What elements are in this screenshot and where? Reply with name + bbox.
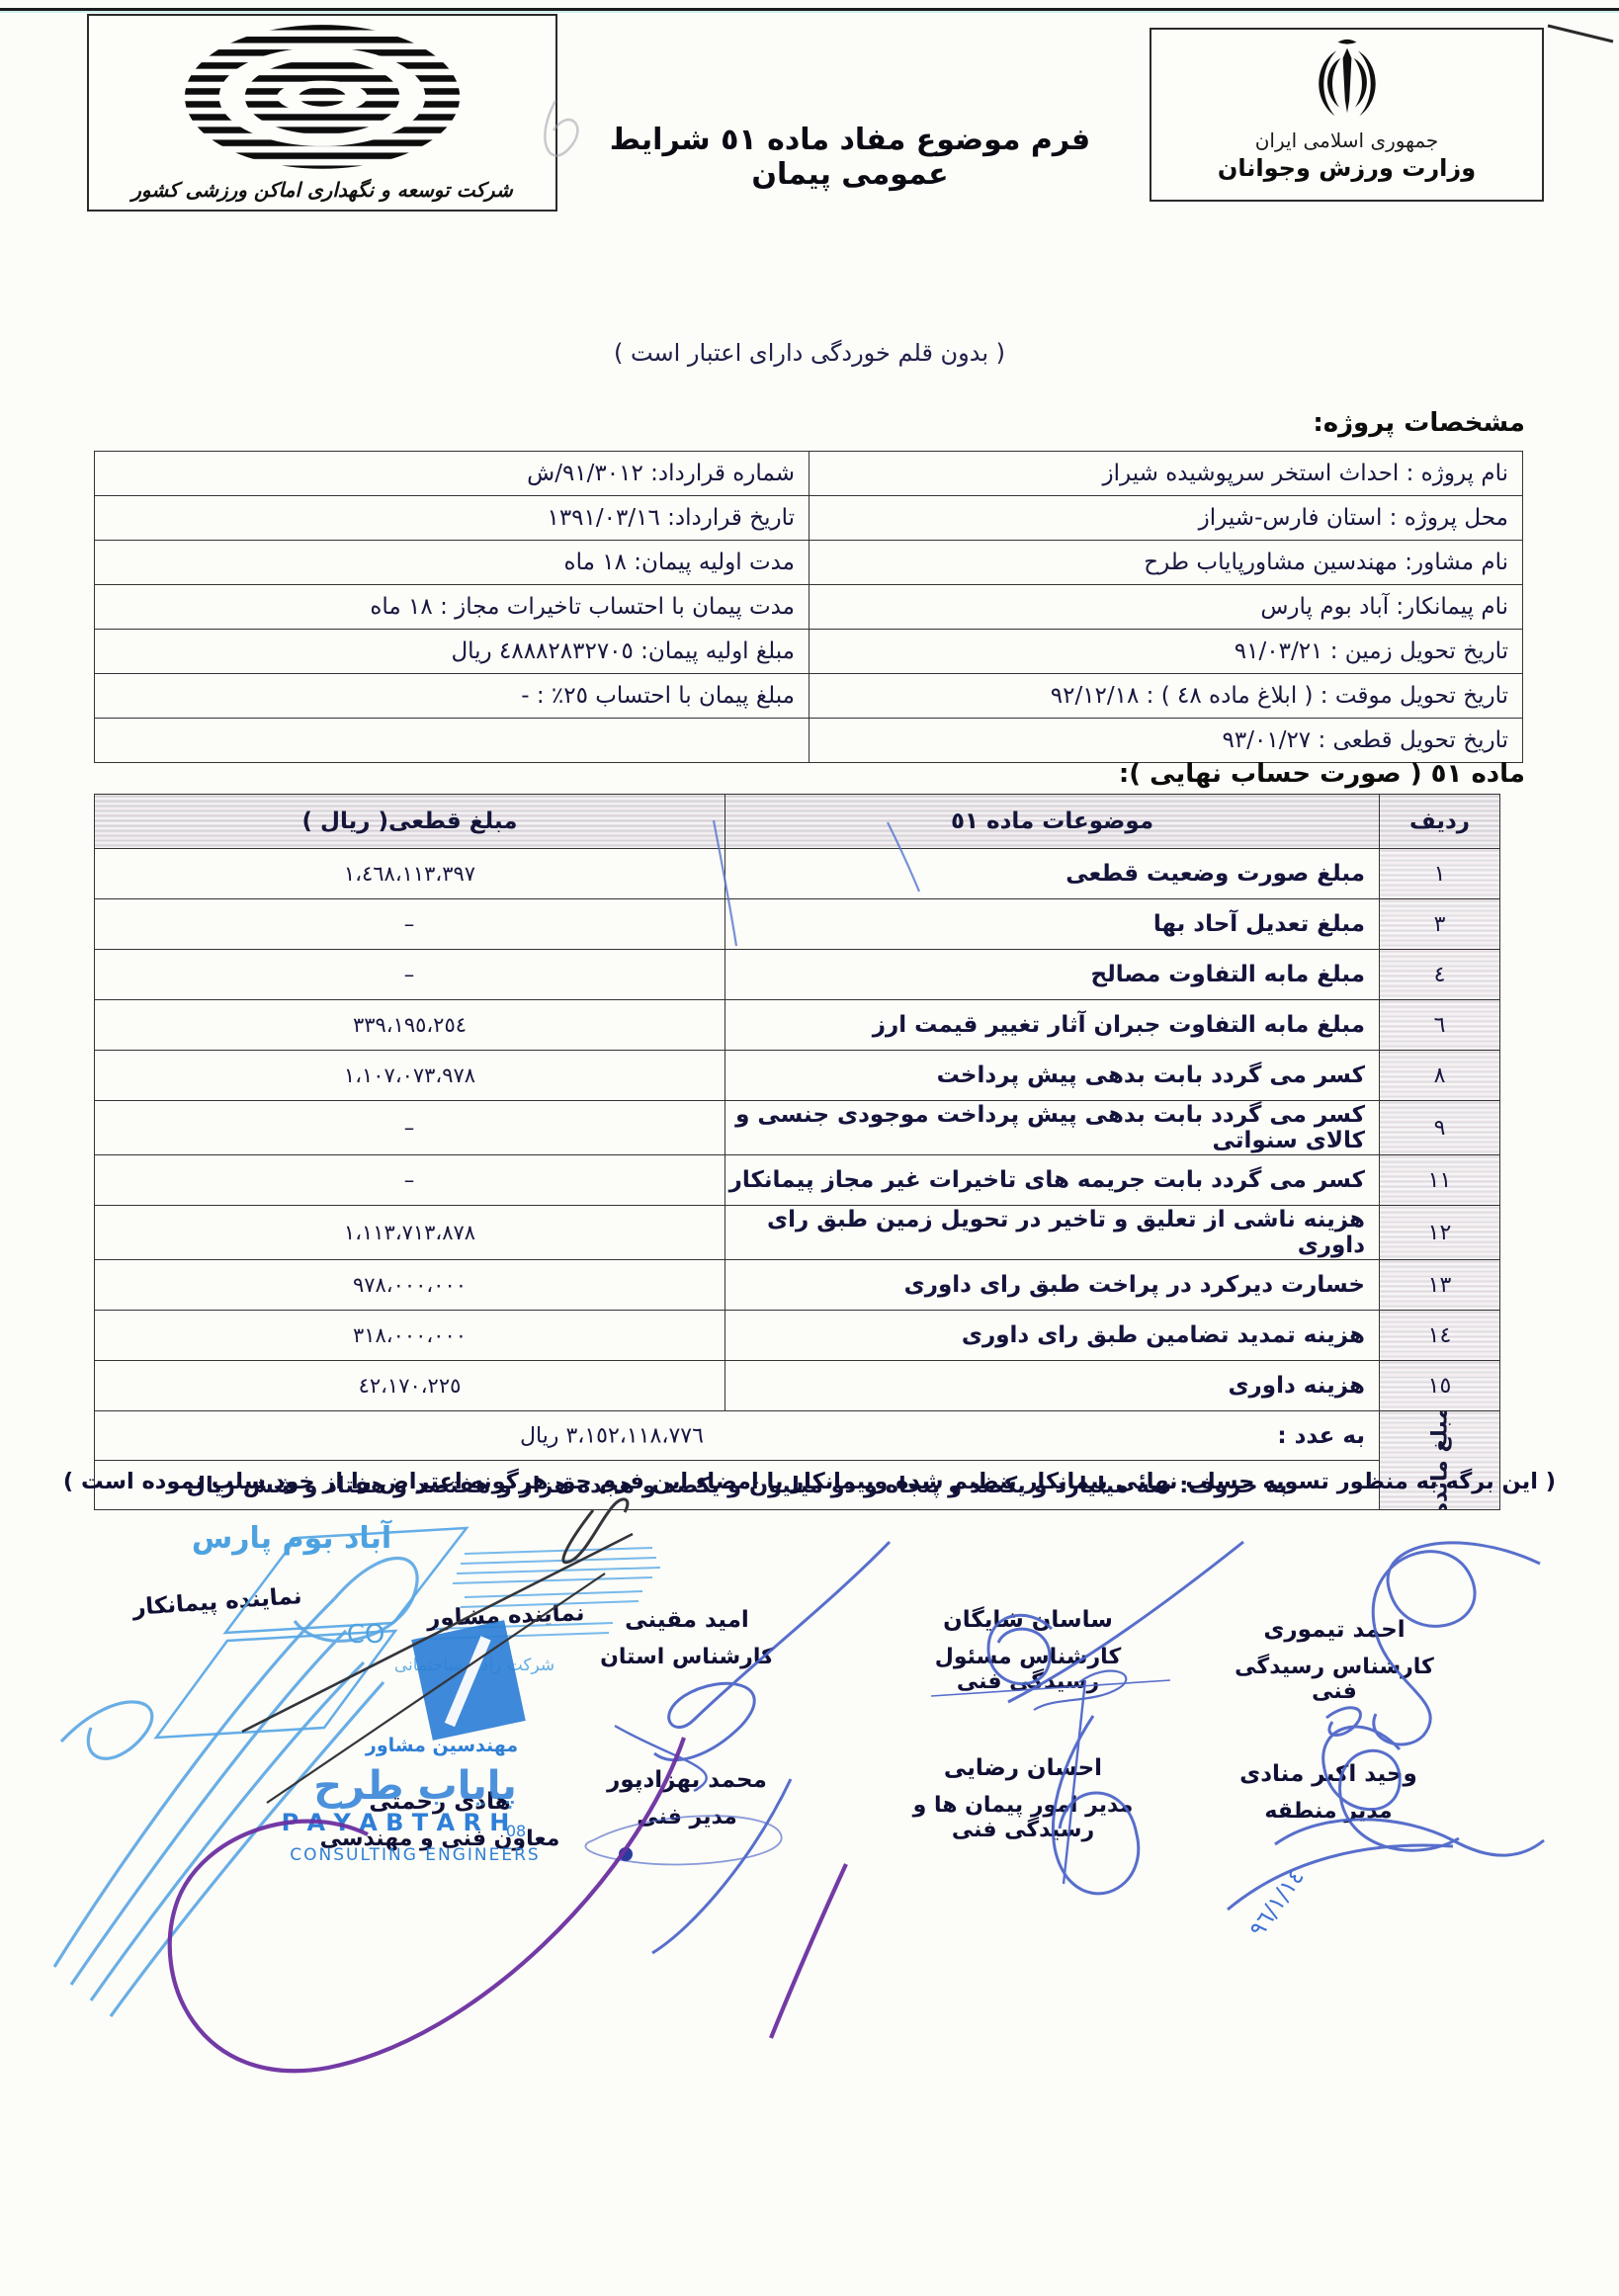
spec-cell: نام پروژه : احداث استخر سرپوشیده شیراز <box>809 452 1523 496</box>
scanned-document-page: شرکت توسعه و نگهداری اماکن ورزشی کشور فر… <box>0 0 1619 2296</box>
signature-title: کارشناس رسیدگی فنی <box>1226 1655 1443 1704</box>
signature-name: احسان رضایی <box>885 1755 1161 1781</box>
iran-emblem-icon <box>1302 34 1393 125</box>
row-number-cell: ٤ <box>1380 950 1500 1000</box>
signature-name: وحید اکبر منادی <box>1214 1761 1443 1787</box>
amount-cell: – <box>95 950 725 1000</box>
row-number-cell: ١٥ <box>1380 1361 1500 1411</box>
handwritten-date: ٩٦/١/١٤ <box>1244 1865 1310 1942</box>
row-number-cell: ١٣ <box>1380 1260 1500 1311</box>
spec-row: تاریخ تحویل قطعی : ٩٣/٠١/٢٧ <box>95 719 1523 763</box>
spec-cell: نام مشاور: مهندسین مشاورپایاب طرح <box>809 541 1523 585</box>
project-specs-table: نام پروژه : احداث استخر سرپوشیده شیراز ش… <box>94 451 1523 763</box>
amount-cell: – <box>95 1155 725 1206</box>
spec-cell: تاریخ تحویل قطعی : ٩٣/٠١/٢٧ <box>809 719 1523 763</box>
amount-cell: – <box>95 1101 725 1155</box>
spec-cell: محل پروژه : استان فارس-شیراز <box>809 496 1523 541</box>
remainder-numeric-row: مبلغ مانده به عدد : ٣،١٥٢،١١٨،٧٧٦ ریال <box>95 1411 1500 1461</box>
footer-note: ( این برگه به منظور تسویه حساب نهائی پیم… <box>0 1469 1619 1494</box>
table-header-row: ردیف موضوعات ماده ٥١ مبلغ قطعی( ریال ) <box>95 795 1500 849</box>
signature-name: احمد تیموری <box>1226 1617 1443 1643</box>
subject-cell: هزینه تمدید تضامین طبق رای داوری <box>725 1311 1380 1361</box>
signature-block: احسان رضایی مدیر امور پیمان ها و رسیدگی … <box>885 1755 1161 1842</box>
spec-cell: تاریخ تحویل زمین : ٩١/٠٣/٢١ <box>809 630 1523 674</box>
spec-cell: تاریخ قرارداد: ١٣٩١/٠٣/١٦ <box>95 496 809 541</box>
subject-cell: خسارت دیرکرد در پراخت طبق رای داوری <box>725 1260 1380 1311</box>
spec-row: نام پروژه : احداث استخر سرپوشیده شیراز ش… <box>95 452 1523 496</box>
signature-title: کارشناس استان <box>573 1645 801 1669</box>
spec-row: تاریخ تحویل زمین : ٩١/٠٣/٢١ مبلغ اولیه پ… <box>95 630 1523 674</box>
spec-cell: مدت اولیه پیمان: ١٨ ماه <box>95 541 809 585</box>
amount-cell: ٤٢،١٧٠،٢٢٥ <box>95 1361 725 1411</box>
signature-block: ساسان شایگان کارشناس مسئول رسیدگی فنی <box>904 1607 1151 1694</box>
table-row: ٤ مبلغ مابه التفاوت مصالح – <box>95 950 1500 1000</box>
amount-cell: – <box>95 899 725 950</box>
column-header-amount: مبلغ قطعی( ریال ) <box>95 795 725 849</box>
signature-title: معاون فنی و مهندسی <box>316 1827 563 1851</box>
table-row: ١١ کسر می گردد بابت جریمه های تاخیرات غی… <box>95 1155 1500 1206</box>
spec-row: تاریخ تحویل موقت : ( ابلاغ ماده ٤٨ ) : ٩… <box>95 674 1523 719</box>
signature-name: محمد بهزادپور <box>573 1767 801 1793</box>
signature-name: ساسان شایگان <box>904 1607 1151 1633</box>
subject-cell: هزینه داوری <box>725 1361 1380 1411</box>
signature-block: احمد تیموری کارشناس رسیدگی فنی <box>1226 1617 1443 1704</box>
government-name: جمهوری اسلامی ایران <box>1151 128 1542 152</box>
signature-title: مدیر منطقه <box>1214 1799 1443 1824</box>
ink-blob <box>619 1847 633 1861</box>
ministry-header-box: جمهوری اسلامی ایران وزارت ورزش وجوانان <box>1150 28 1544 202</box>
contractor-signature-scribble <box>54 1558 417 2016</box>
subject-cell: مبلغ مابه التفاوت جبران آثار تغییر قیمت … <box>725 1000 1380 1051</box>
table-row: ١ مبلغ صورت وضعیت قطعی ١،٤٦٨،١١٣،٣٩٧ <box>95 849 1500 899</box>
remainder-label: مبلغ مانده <box>1427 1411 1452 1510</box>
company-header-box: شرکت توسعه و نگهداری اماکن ورزشی کشور <box>87 14 557 212</box>
form-title: فرم موضوع مفاد ماده ٥١ شرایط عمومی پیمان <box>554 123 1147 192</box>
amount-cell: ٣٣٩،١٩٥،٢٥٤ <box>95 1000 725 1051</box>
row-number-cell: ٣ <box>1380 899 1500 950</box>
spec-row: نام مشاور: مهندسین مشاورپایاب طرح مدت او… <box>95 541 1523 585</box>
subject-cell: کسر می گردد بابت جریمه های تاخیرات غیر م… <box>725 1155 1380 1206</box>
table-row: ١٢ هزینه ناشی از تعلیق و تاخیر در تحویل … <box>95 1206 1500 1260</box>
consultant-stamp-fa1: مهندسین مشاور <box>365 1735 518 1756</box>
column-header-row-number: ردیف <box>1380 795 1500 849</box>
column-header-subject: موضوعات ماده ٥١ <box>725 795 1380 849</box>
signature-block: امید مقینی کارشناس استان <box>573 1607 801 1669</box>
contractor-stamp-subtitle: شرکت راد و ساختمانی <box>394 1656 554 1675</box>
signature-name: هادی رحمتی <box>316 1789 563 1815</box>
spec-cell: مدت پیمان با احتساب تاخیرات مجاز : ١٨ ما… <box>95 585 809 630</box>
row-number-cell: ٦ <box>1380 1000 1500 1051</box>
subject-cell: مبلغ مابه التفاوت مصالح <box>725 950 1380 1000</box>
spec-row: محل پروژه : استان فارس-شیراز تاریخ قرارد… <box>95 496 1523 541</box>
row-number-cell: ٩ <box>1380 1101 1500 1155</box>
signature-title: کارشناس مسئول رسیدگی فنی <box>904 1645 1151 1694</box>
table-row: ٦ مبلغ مابه التفاوت جبران آثار تغییر قیم… <box>95 1000 1500 1051</box>
project-specs-heading: مشخصات پروژه: <box>1313 408 1525 438</box>
spec-cell: شماره قرارداد: ٩١/٣٠١٢/ش <box>95 452 809 496</box>
signature-title: مدیر فنی <box>573 1805 801 1829</box>
subject-cell: کسر می گردد بابت بدهی پیش پرداخت موجودی … <box>725 1101 1380 1155</box>
signature-block: هادی رحمتی معاون فنی و مهندسی <box>316 1789 563 1851</box>
article51-heading: ماده ٥١ ( صورت حساب نهایی ): <box>1119 759 1525 789</box>
amount-cell: ١،١٠٧،٠٧٣،٩٧٨ <box>95 1051 725 1101</box>
row-number-cell: ١ <box>1380 849 1500 899</box>
remainder-numeric-value: ٣،١٥٢،١١٨،٧٧٦ ریال <box>520 1423 704 1448</box>
amount-cell: ١،١١٣،٧١٣،٨٧٨ <box>95 1206 725 1260</box>
spec-cell: مبلغ اولیه پیمان: ٤٨٨٨٢٨٣٢٧٠٥ ریال <box>95 630 809 674</box>
spec-cell: نام پیمانکار: آباد بوم پارس <box>809 585 1523 630</box>
subject-cell: مبلغ تعدیل آحاد بها <box>725 899 1380 950</box>
subject-cell: کسر می گردد بابت بدهی پیش پرداخت <box>725 1051 1380 1101</box>
amount-cell: ٩٧٨،٠٠٠،٠٠٠ <box>95 1260 725 1311</box>
remainder-row-label-cell: مبلغ مانده <box>1380 1411 1500 1510</box>
contractor-stamp-name: آباد بوم پارس <box>192 1519 392 1556</box>
subject-cell: هزینه ناشی از تعلیق و تاخیر در تحویل زمی… <box>725 1206 1380 1260</box>
ministry-name: وزارت ورزش وجوانان <box>1151 154 1542 182</box>
table-row: ٨ کسر می گردد بابت بدهی پیش پرداخت ١،١٠٧… <box>95 1051 1500 1101</box>
spec-row: نام پیمانکار: آباد بوم پارس مدت پیمان با… <box>95 585 1523 630</box>
scan-top-edge-line <box>0 8 1619 11</box>
row-number-cell: ١٤ <box>1380 1311 1500 1361</box>
spec-cell <box>95 719 809 763</box>
signature-name: امید مقینی <box>573 1607 801 1633</box>
table-row: ١٣ خسارت دیرکرد در پراخت طبق رای داوری ٩… <box>95 1260 1500 1311</box>
table-row: ٣ مبلغ تعدیل آحاد بها – <box>95 899 1500 950</box>
remainder-numeric-label: به عدد : <box>1277 1423 1365 1449</box>
contractor-representative-label: نماینده پیمانکار <box>131 1583 302 1621</box>
table-row: ٩ کسر می گردد بابت بدهی پیش پرداخت موجود… <box>95 1101 1500 1155</box>
signature-scribbles <box>585 1542 1544 1953</box>
company-logo-icon <box>159 24 485 172</box>
table-row: ١٥ هزینه داوری ٤٢،١٧٠،٢٢٥ <box>95 1361 1500 1411</box>
row-number-cell: ١٢ <box>1380 1206 1500 1260</box>
signature-title: مدیر امور پیمان ها و رسیدگی فنی <box>885 1793 1161 1842</box>
row-number-cell: ٨ <box>1380 1051 1500 1101</box>
company-name: شرکت توسعه و نگهداری اماکن ورزشی کشور <box>89 178 555 202</box>
amount-cell: ١،٤٦٨،١١٣،٣٩٧ <box>95 849 725 899</box>
amount-cell: ٣١٨،٠٠٠،٠٠٠ <box>95 1311 725 1361</box>
subject-cell: مبلغ صورت وضعیت قطعی <box>725 849 1380 899</box>
spec-cell: تاریخ تحویل موقت : ( ابلاغ ماده ٤٨ ) : ٩… <box>809 674 1523 719</box>
remainder-numeric-cell: به عدد : ٣،١٥٢،١١٨،٧٧٦ ریال <box>95 1411 1380 1461</box>
contractor-stamp-co: CO <box>347 1620 385 1650</box>
row-number-cell: ١١ <box>1380 1155 1500 1206</box>
validity-note: ( بدون قلم خوردگی دارای اعتبار است ) <box>0 339 1619 367</box>
spec-cell: مبلغ پیمان با احتساب ٢٥٪ : - <box>95 674 809 719</box>
table-row: ١٤ هزینه تمدید تضامین طبق رای داوری ٣١٨،… <box>95 1311 1500 1361</box>
scan-corner-mark <box>1548 26 1613 42</box>
article51-table: ردیف موضوعات ماده ٥١ مبلغ قطعی( ریال ) ١… <box>94 794 1500 1510</box>
consultant-representative-label: نماینده مشاور <box>427 1600 585 1632</box>
signature-block: محمد بهزادپور مدیر فنی <box>573 1767 801 1829</box>
signature-block: وحید اکبر منادی مدیر منطقه <box>1214 1761 1443 1824</box>
